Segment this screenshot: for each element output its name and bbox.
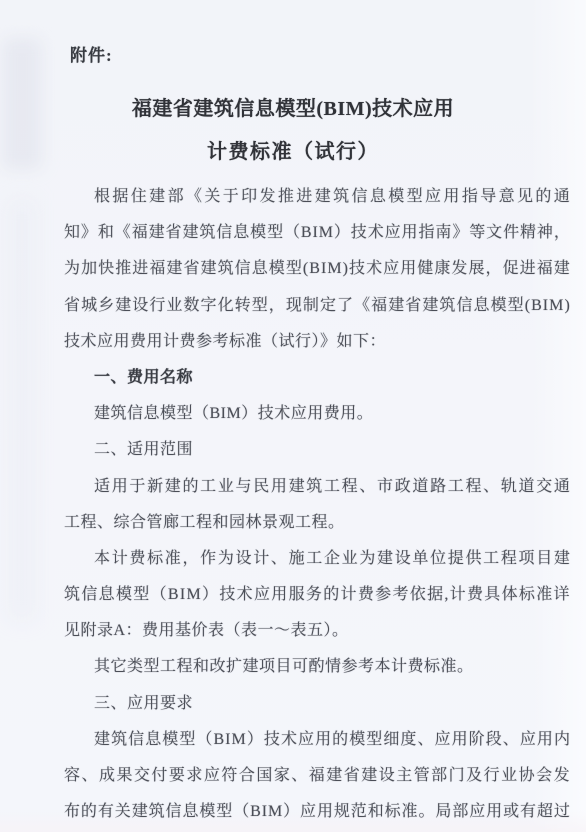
scan-artifact <box>10 200 34 620</box>
text-line: 适用于新建的工业与民用建筑工程、市政道路工程、轨道交通 <box>64 469 570 505</box>
text-line: 容、成果交付要求应符合国家、福建省建设主管部门及行业协会发 <box>64 758 570 794</box>
text-line: 工程、综合管廊工程和园林景观工程。 <box>64 505 570 541</box>
text-line: 技术应用费用计费参考标准（试行）》如下： <box>64 324 570 360</box>
text-line: 其它类型工程和改扩建项目可酌情参考本计费标准。 <box>64 649 570 685</box>
document-title-line1: 福建省建筑信息模型(BIM)技术应用 <box>0 95 586 123</box>
document-page: 附件: 福建省建筑信息模型(BIM)技术应用 计费标准（试行） 根据住建部《关于… <box>0 0 586 832</box>
text-line: 知》和《福建省建筑信息模型（BIM）技术应用指南》等文件精神， <box>64 215 570 251</box>
text-line: 筑信息模型（BIM）技术应用服务的计费参考依据,计费具体标准详 <box>64 577 570 613</box>
text-line: 布的有关建筑信息模型（BIM）应用规范和标准。局部应用或有超过 <box>64 794 570 830</box>
document-body: 根据住建部《关于印发推进建筑信息模型应用指导意见的通知》和《福建省建筑信息模型（… <box>64 179 570 830</box>
text-line: 为加快推进福建省建筑信息模型(BIM)技术应用健康发展，促进福建 <box>64 251 570 287</box>
text-line: 一、费用名称 <box>64 360 570 396</box>
text-line: 建筑信息模型（BIM）技术应用费用。 <box>64 396 570 432</box>
text-line: 见附录A：费用基价表（表一～表五）。 <box>64 613 570 649</box>
text-line: 省城乡建设行业数字化转型，现制定了《福建省建筑信息模型(BIM) <box>64 288 570 324</box>
text-line: 本计费标准，作为设计、施工企业为建设单位提供工程项目建 <box>64 541 570 577</box>
text-line: 根据住建部《关于印发推进建筑信息模型应用指导意见的通 <box>64 179 570 215</box>
document-title-line2: 计费标准（试行） <box>0 138 586 166</box>
text-line: 二、适用范围 <box>64 432 570 468</box>
text-line: 建筑信息模型（BIM）技术应用的模型细度、应用阶段、应用内 <box>64 722 570 758</box>
text-line: 三、应用要求 <box>64 686 570 722</box>
attachment-label: 附件: <box>70 44 113 68</box>
